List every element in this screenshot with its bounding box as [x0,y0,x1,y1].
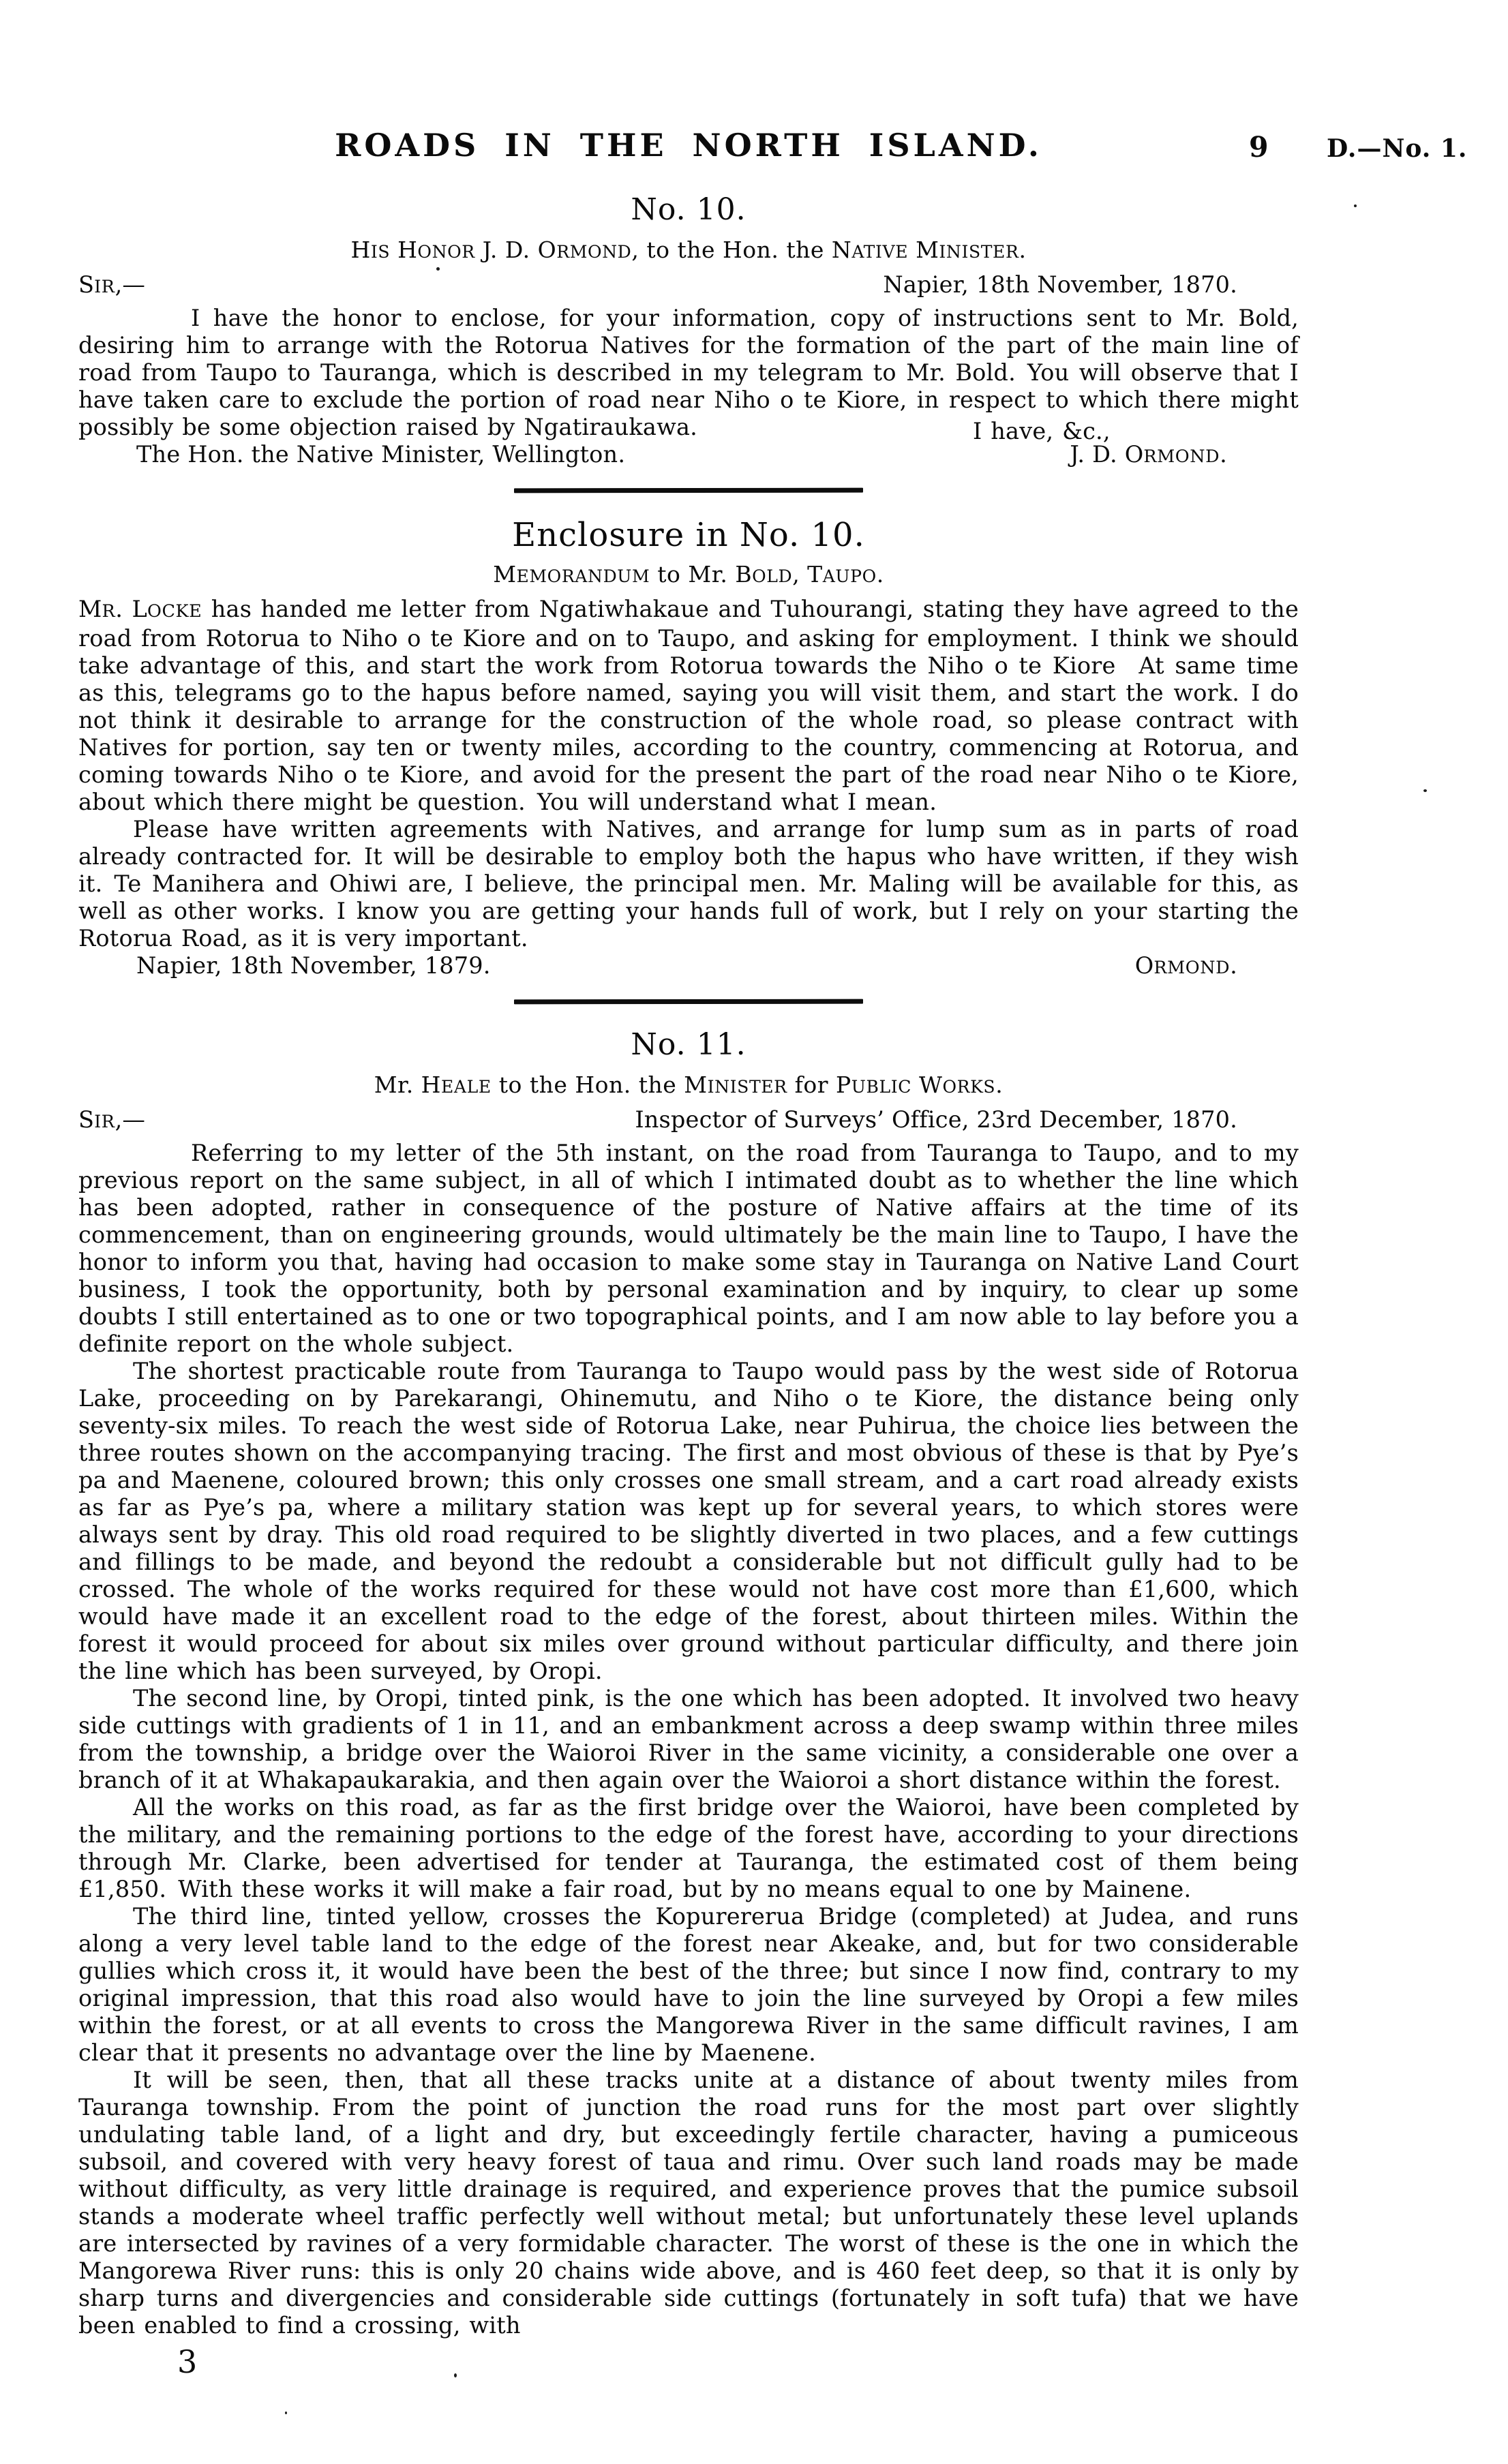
signature: J. D. ORMOND. [1070,441,1227,470]
scan-speck [436,267,440,271]
scan-speck [1423,789,1427,792]
letter-no10-signature-row: The Hon. the Native Minister, Wellington… [78,441,1299,470]
scan-speck [454,2373,457,2377]
section-divider [514,488,863,493]
letter-no11-salutation-row: SIR,— Inspector of Surveys’ Office, 23rd… [78,1106,1299,1136]
section-enclosure-no10: Enclosure in No. 10. MEMORANDUM to Mr. B… [78,516,1299,982]
dateline: Napier, 18th November, 1879. [78,952,491,979]
letter-no11-paragraph-6: It will be seen, then, that all these tr… [78,2067,1299,2339]
enclosure-subheading: MEMORANDUM to Mr. BOLD, TAUPO. [78,561,1299,588]
letter-no11-paragraph-1: Referring to my letter of the 5th instan… [78,1140,1299,1358]
document-reference: D.—No. 1. [1327,134,1467,163]
letter-no11-heading: No. 11. [78,1027,1299,1062]
letter-no11-paragraph-4: All the works on this road, as far as th… [78,1794,1299,1903]
letter-no11-subheading: Mr. HEALE to the Hon. the MINISTER for P… [78,1071,1299,1098]
enclosure-paragraph-2: Please have written agreements with Nati… [78,816,1299,952]
salutation: SIR,— [78,271,145,301]
letter-no10-body-text: I have the honor to enclose, for your in… [78,305,1299,440]
dateline: Inspector of Surveys’ Office, 23rd Decem… [635,1106,1237,1134]
letter-no11-paragraph-3: The second line, by Oropi, tinted pink, … [78,1685,1299,1794]
salutation: SIR,— [78,1106,145,1136]
letter-no10-heading: No. 10. [78,192,1299,227]
enclosure-heading: Enclosure in No. 10. [78,516,1299,554]
gathering-signature-mark: 3 [177,2343,1299,2380]
scan-speck [285,2412,287,2414]
addressee: The Hon. the Native Minister, Wellington… [78,441,625,468]
page-number: 9 [1249,131,1269,164]
letter-no11-paragraph-2: The shortest practicable route from Taur… [78,1358,1299,1685]
enclosure-signature-row: Napier, 18th November, 1879. ORMOND. [78,952,1299,982]
signature: ORMOND. [1135,952,1237,982]
valediction: I have, &c., [973,418,1111,445]
section-divider [514,999,863,1005]
enclosure-paragraph-1: MR. LOCKE has handed me letter from Ngat… [78,596,1299,816]
letter-no10-body: I have the honor to enclose, for your in… [78,305,1299,441]
dateline: Napier, 18th November, 1870. [883,271,1237,299]
scan-speck [1354,204,1357,207]
document-page: ROADS IN THE NORTH ISLAND. 9 D.—No. 1. N… [0,0,1508,2464]
page-content: No. 10. HIS HONOR J. D. ORMOND, to the H… [78,179,1299,2380]
letter-no10-subheading: HIS HONOR J. D. ORMOND, to the Hon. the … [78,237,1299,263]
section-letter-no10: No. 10. HIS HONOR J. D. ORMOND, to the H… [78,192,1299,470]
letter-no10-salutation-row: SIR,— Napier, 18th November, 1870. [78,271,1299,301]
letter-no11-paragraph-5: The third line, tinted yellow, crosses t… [78,1903,1299,2067]
document-title: ROADS IN THE NORTH ISLAND. [78,127,1299,164]
section-letter-no11: No. 11. Mr. HEALE to the Hon. the MINIST… [78,1027,1299,2339]
